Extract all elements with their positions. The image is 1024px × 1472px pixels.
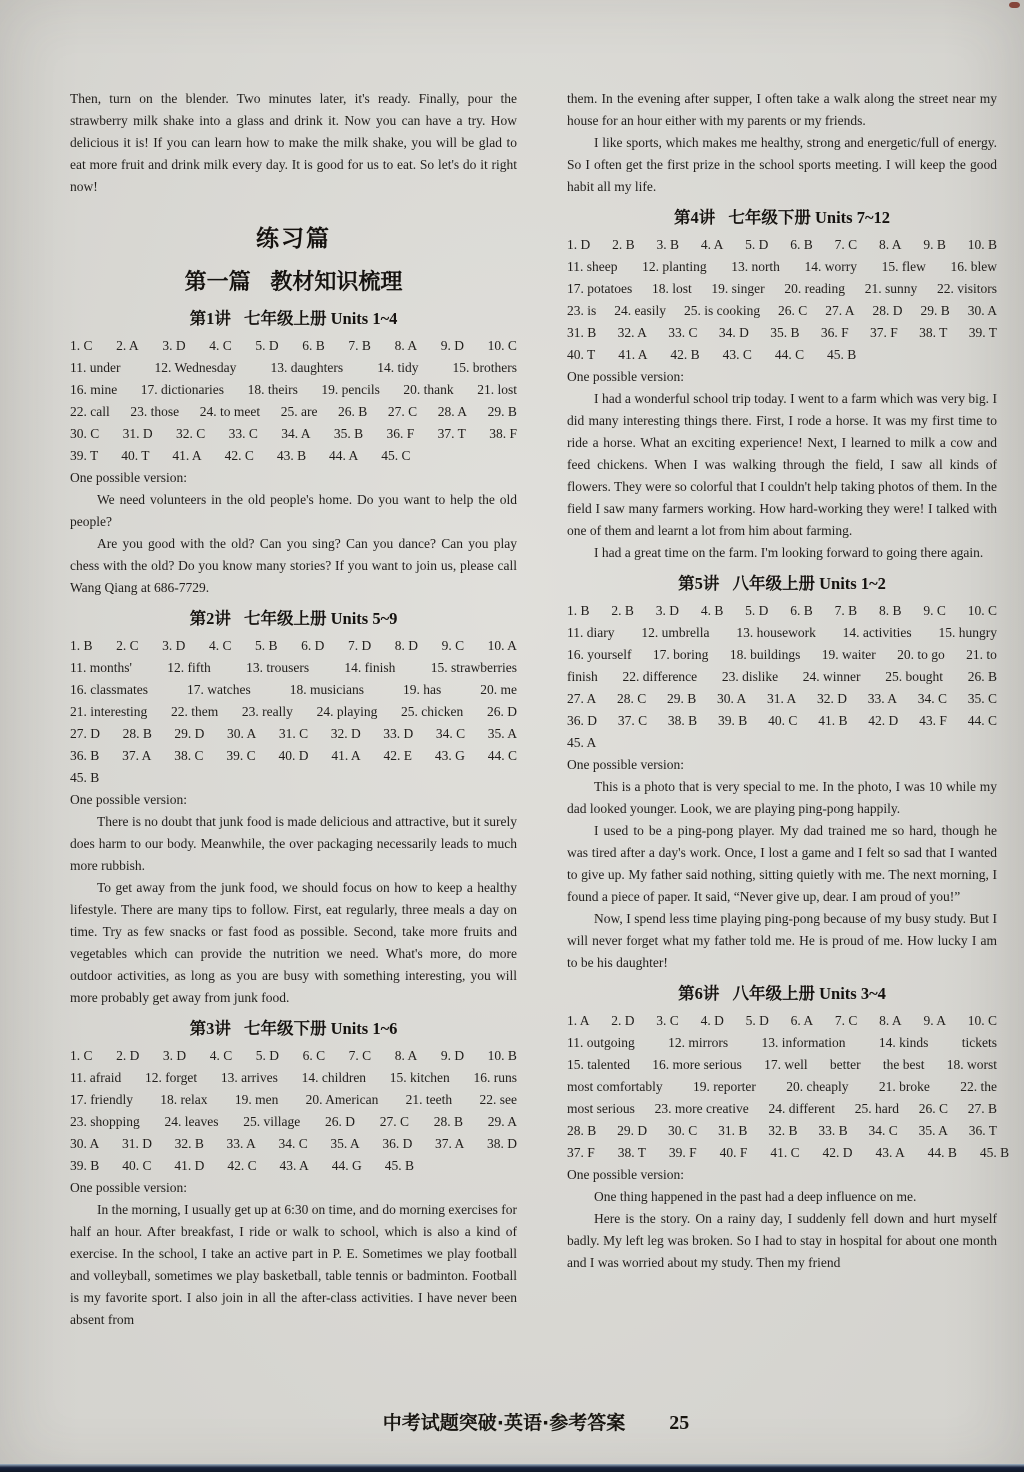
model-essay: I had a wonderful school trip today. I w…	[567, 388, 997, 564]
answer-item: 44. C	[488, 745, 517, 767]
answer-item: 32. B	[768, 1120, 797, 1142]
answer-line: 1. C2. A3. D4. C5. D6. B7. B8. A9. D10. …	[70, 335, 517, 357]
possible-version-label: One possible version:	[567, 1164, 997, 1186]
answer-item: 37. A	[435, 1133, 464, 1155]
answer-item: 27. C	[380, 1111, 409, 1133]
answer-item: 12. mirrors	[668, 1032, 728, 1054]
answer-item: 32. B	[175, 1133, 204, 1155]
answer-item: 28. C	[617, 688, 646, 710]
lecture-number: 第1讲	[190, 309, 231, 328]
answer-item: 28. A	[438, 401, 467, 423]
answer-item: 34. D	[719, 322, 749, 344]
answer-item: 33. A	[227, 1133, 256, 1155]
answer-item: 38. D	[487, 1133, 517, 1155]
lecture-3-title: 第3讲七年级下册 Units 1~6	[70, 1016, 517, 1042]
answer-item: 22. see	[479, 1089, 517, 1111]
answer-item: 25. hard	[855, 1098, 899, 1120]
answer-item: 20. cheaply	[786, 1076, 848, 1098]
answer-item: 45. B	[385, 1155, 414, 1177]
answer-line: most comfortably19. reporter20. cheaply2…	[567, 1076, 997, 1098]
possible-version-label: One possible version:	[70, 1177, 517, 1199]
page-footer: 中考试题突破·英语·参考答案25	[0, 1408, 1024, 1435]
answer-item: 27. A	[567, 688, 596, 710]
model-essay: We need volunteers in the old people's h…	[70, 489, 517, 599]
paragraph: I had a great time on the farm. I'm look…	[567, 542, 997, 564]
answer-item: 33. B	[818, 1120, 847, 1142]
answer-line: 1. D2. B3. B4. A5. D6. B7. C8. A9. B10. …	[567, 234, 997, 256]
answer-item: 9. C	[923, 600, 946, 622]
answer-line: 16. mine17. dictionaries18. theirs19. pe…	[70, 379, 517, 401]
answer-item: 9. C	[442, 635, 465, 657]
answer-item: 6. D	[301, 635, 324, 657]
answer-item: 14. children	[302, 1067, 366, 1089]
answer-item: 39. B	[718, 710, 747, 732]
answer-item: 35. A	[330, 1133, 359, 1155]
answer-item: 19. waiter	[822, 644, 876, 666]
answer-item: 41. C	[770, 1142, 799, 1164]
answer-item: 21. lost	[477, 379, 517, 401]
answer-item: 23. really	[242, 701, 293, 723]
answer-item: 5. D	[255, 335, 278, 357]
answer-item: 17. dictionaries	[141, 379, 224, 401]
paragraph: Now, I spend less time playing ping-pong…	[567, 908, 997, 974]
answer-item: 24. winner	[803, 666, 861, 688]
answer-item: 29. D	[174, 723, 204, 745]
answer-item: 2. B	[612, 234, 635, 256]
answer-item: 33. A	[868, 688, 897, 710]
answer-line: 11. sheep12. planting13. north14. worry1…	[567, 256, 997, 278]
lecture-name: 七年级下册 Units 1~6	[244, 1019, 397, 1038]
answer-item: 22. visitors	[937, 278, 997, 300]
answer-item: 42. D	[868, 710, 898, 732]
answer-item: 6. B	[302, 335, 325, 357]
answer-item: 45. B	[980, 1142, 1009, 1164]
answer-item: 8. A	[395, 1045, 418, 1067]
answer-line: 17. friendly18. relax19. men20. American…	[70, 1089, 517, 1111]
continuation-text: Then, turn on the blender. Two minutes l…	[70, 88, 517, 198]
answer-item: 12. umbrella	[641, 622, 709, 644]
left-column: Then, turn on the blender. Two minutes l…	[70, 88, 517, 1331]
answer-item: 20. American	[306, 1089, 379, 1111]
continuation-text: them. In the evening after supper, I oft…	[567, 88, 997, 198]
answer-item: 7. D	[348, 635, 371, 657]
answer-item: 30. A	[227, 723, 256, 745]
answer-item: 32. A	[618, 322, 647, 344]
answer-item: 10. C	[488, 335, 517, 357]
answer-item: 26. B	[968, 666, 997, 688]
answer-item: 15. kitchen	[390, 1067, 450, 1089]
answer-item: 33. C	[229, 423, 258, 445]
answer-item: 38. B	[668, 710, 697, 732]
page-number: 25	[669, 1412, 689, 1434]
answer-line: 39. T40. T41. A42. C43. B44. A45. C	[70, 445, 517, 467]
answer-item: 3. C	[656, 1010, 679, 1032]
answer-item: 2. C	[116, 635, 139, 657]
answer-item: 4. B	[701, 600, 724, 622]
answer-item: 17. friendly	[70, 1089, 133, 1111]
lecture-3-section: 第3讲七年级下册 Units 1~6 1. C2. D3. D4. C5. D6…	[70, 1016, 517, 1331]
answer-item: 38. F	[489, 423, 517, 445]
answer-item: 43. F	[919, 710, 947, 732]
answer-item: 23. more creative	[655, 1098, 749, 1120]
answer-line: 22. call23. those24. to meet25. are26. B…	[70, 401, 517, 423]
answer-item: 44. A	[329, 445, 358, 467]
answer-item: 21. to	[966, 644, 997, 666]
answer-item: 39. C	[226, 745, 255, 767]
answer-item: 44. G	[332, 1155, 362, 1177]
answer-item: 16. mine	[70, 379, 117, 401]
answer-item: 11. afraid	[70, 1067, 121, 1089]
answer-item: 13. daughters	[270, 357, 343, 379]
answer-item: 22. them	[171, 701, 218, 723]
answer-item: 12. forget	[145, 1067, 197, 1089]
lecture-2-section: 第2讲七年级上册 Units 5~9 1. B2. C3. D4. C5. B6…	[70, 606, 517, 1009]
answer-item: 35. A	[488, 723, 517, 745]
answer-item: 31. B	[718, 1120, 747, 1142]
answer-item: most serious	[567, 1098, 635, 1120]
answer-item: 41. A	[618, 344, 647, 366]
answer-item: 13. housework	[736, 622, 816, 644]
answer-item: 16. blew	[950, 256, 997, 278]
answer-item: the best	[883, 1054, 925, 1076]
lecture-5-title: 第5讲八年级上册 Units 1~2	[567, 571, 997, 597]
answer-item: 14. tidy	[377, 357, 418, 379]
answer-line: 21. interesting22. them23. really24. pla…	[70, 701, 517, 723]
possible-version-label: One possible version:	[567, 754, 997, 776]
answer-item: 36. F	[386, 423, 414, 445]
answer-item: 37. F	[870, 322, 898, 344]
answer-item: 3. D	[162, 335, 185, 357]
answer-item: 6. C	[303, 1045, 326, 1067]
answer-item: 14. finish	[344, 657, 395, 679]
answer-line: 1. B2. B3. D4. B5. D6. B7. B8. B9. C10. …	[567, 600, 997, 622]
lecture-2-title: 第2讲七年级上册 Units 5~9	[70, 606, 517, 632]
answer-item: 40. T	[567, 344, 595, 366]
answer-item: 31. A	[767, 688, 796, 710]
answer-item: 29. D	[617, 1120, 647, 1142]
answer-item: 33. D	[383, 723, 413, 745]
answer-item: 12. Wednesday	[155, 357, 237, 379]
possible-version-label: One possible version:	[567, 366, 997, 388]
lecture-name: 八年级上册 Units 3~4	[733, 984, 886, 1003]
answer-item: 36. B	[70, 745, 99, 767]
answer-item: 19. pencils	[321, 379, 380, 401]
answer-item: 42. C	[225, 445, 254, 467]
answer-item: 31. C	[279, 723, 308, 745]
answer-item: 15. strawberries	[431, 657, 517, 679]
answer-item: 26. C	[919, 1098, 948, 1120]
answer-item: 44. C	[968, 710, 997, 732]
answer-item: 45. B	[70, 767, 99, 789]
answer-item: 17. watches	[187, 679, 251, 701]
answer-item: 11. diary	[567, 622, 615, 644]
answer-item: 37. F	[567, 1142, 595, 1164]
answer-line: 17. potatoes18. lost19. singer20. readin…	[567, 278, 997, 300]
answer-item: 18. worst	[947, 1054, 997, 1076]
answer-item: 30. A	[717, 688, 746, 710]
answer-item: 5. D	[745, 600, 768, 622]
answer-item: 2. D	[116, 1045, 139, 1067]
answer-item: 15. brothers	[452, 357, 517, 379]
answer-line: 36. D37. C38. B39. B40. C41. B42. D43. F…	[567, 710, 997, 732]
answer-item: 18. theirs	[248, 379, 298, 401]
answer-item: 5. D	[746, 1010, 769, 1032]
answer-item: 34. C	[436, 723, 465, 745]
answer-item: 43. B	[277, 445, 306, 467]
answer-item: 25. chicken	[401, 701, 463, 723]
lecture-6-section: 第6讲八年级上册 Units 3~4 1. A2. D3. C4. D5. D6…	[567, 981, 997, 1274]
answer-item: 19. reporter	[693, 1076, 756, 1098]
answer-item: 32. C	[176, 423, 205, 445]
answer-line: 11. afraid12. forget13. arrives14. child…	[70, 1067, 517, 1089]
answer-item: 18. buildings	[730, 644, 801, 666]
lecture-number: 第3讲	[190, 1019, 231, 1038]
answer-item: 1. C	[70, 1045, 93, 1067]
paragraph: There is no doubt that junk food is made…	[70, 811, 517, 877]
answer-item: 32. D	[331, 723, 361, 745]
paragraph: them. In the evening after supper, I oft…	[567, 88, 997, 132]
answer-item: 40. C	[768, 710, 797, 732]
answer-item: 37. C	[618, 710, 647, 732]
answer-item: 33. C	[668, 322, 697, 344]
answer-line: 30. A31. D32. B33. A34. C35. A36. D37. A…	[70, 1133, 517, 1155]
answer-item: 28. D	[873, 300, 903, 322]
section-number: 第一篇	[185, 270, 251, 295]
answer-item: 16. yourself	[567, 644, 632, 666]
lecture-5-section: 第5讲八年级上册 Units 1~2 1. B2. B3. D4. B5. D6…	[567, 571, 997, 974]
answer-item: 26. D	[325, 1111, 355, 1133]
answer-item: 40. T	[121, 445, 149, 467]
lecture-name: 七年级上册 Units 5~9	[244, 609, 397, 628]
answer-item: 40. D	[279, 745, 309, 767]
answer-item: most comfortably	[567, 1076, 663, 1098]
answer-item: 30. A	[70, 1133, 99, 1155]
answer-item: 22. the	[960, 1076, 997, 1098]
paragraph: Are you good with the old? Can you sing?…	[70, 533, 517, 599]
answer-item: better	[830, 1054, 861, 1076]
answer-line: 45. B	[70, 767, 517, 789]
answer-item: 18. relax	[160, 1089, 207, 1111]
answer-line: 15. talented16. more serious17. wellbett…	[567, 1054, 997, 1076]
answer-item: 21. sunny	[865, 278, 918, 300]
answer-item: 1. D	[567, 234, 590, 256]
answer-item: 24. different	[768, 1098, 834, 1120]
possible-version-label: One possible version:	[70, 789, 517, 811]
answer-block: 1. B2. B3. D4. B5. D6. B7. B8. B9. C10. …	[567, 600, 997, 754]
answer-item: 16. classmates	[70, 679, 148, 701]
answer-item: 28. B	[434, 1111, 463, 1133]
answer-item: 2. B	[611, 600, 634, 622]
answer-item: 6. B	[790, 600, 813, 622]
answer-item: 41. D	[174, 1155, 204, 1177]
model-essay: There is no doubt that junk food is made…	[70, 811, 517, 1009]
answer-item: 17. well	[764, 1054, 808, 1076]
answer-line: 11. diary12. umbrella13. housework14. ac…	[567, 622, 997, 644]
answer-line: 27. D28. B29. D30. A31. C32. D33. D34. C…	[70, 723, 517, 745]
answer-item: 41. B	[818, 710, 847, 732]
answer-item: 11. under	[70, 357, 121, 379]
answer-item: 14. activities	[843, 622, 912, 644]
answer-line: 1. B2. C3. D4. C5. B6. D7. D8. D9. C10. …	[70, 635, 517, 657]
answer-item: 24. to meet	[200, 401, 260, 423]
answer-item: 12. planting	[642, 256, 707, 278]
paragraph: Then, turn on the blender. Two minutes l…	[70, 88, 517, 198]
answer-item: 15. hungry	[938, 622, 997, 644]
answer-item: 1. A	[567, 1010, 590, 1032]
answer-item: 30. C	[70, 423, 99, 445]
answer-line: 37. F38. T39. F40. F41. C42. D43. A44. B…	[567, 1142, 997, 1164]
answer-item: 11. months'	[70, 657, 132, 679]
answer-block: 1. A2. D3. C4. D5. D6. A7. C8. A9. A10. …	[567, 1010, 997, 1164]
answer-item: 11. sheep	[567, 256, 618, 278]
answer-item: 37. A	[122, 745, 151, 767]
paragraph: In the morning, I usually get up at 6:30…	[70, 1199, 517, 1331]
answer-item: 36. D	[567, 710, 597, 732]
answer-item: 16. runs	[473, 1067, 517, 1089]
paragraph: I used to be a ping-pong player. My dad …	[567, 820, 997, 908]
answer-item: finish	[567, 666, 598, 688]
answer-line: 30. C31. D32. C33. C34. A35. B36. F37. T…	[70, 423, 517, 445]
answer-item: 12. fifth	[167, 657, 211, 679]
answer-item: 7. B	[348, 335, 371, 357]
answer-item: 40. C	[122, 1155, 151, 1177]
bottom-bar	[0, 1464, 1024, 1472]
answer-item: 13. trousers	[246, 657, 309, 679]
answer-item: 13. arrives	[221, 1067, 278, 1089]
answer-item: 31. D	[122, 1133, 152, 1155]
paragraph: Here is the story. On a rainy day, I sud…	[567, 1208, 997, 1274]
answer-item: 34. C	[918, 688, 947, 710]
answer-item: 8. A	[879, 1010, 902, 1032]
answer-item: 15. talented	[567, 1054, 630, 1076]
answer-item: 10. C	[968, 600, 997, 622]
answer-item: 30. C	[668, 1120, 697, 1142]
answer-item: 10. B	[968, 234, 997, 256]
answer-item: 17. potatoes	[567, 278, 632, 300]
answer-item: 25. village	[243, 1111, 300, 1133]
answer-item: 35. B	[770, 322, 799, 344]
answer-item: 28. B	[123, 723, 152, 745]
answer-line: 16. classmates17. watches18. musicians19…	[70, 679, 517, 701]
lecture-number: 第5讲	[678, 574, 719, 593]
answer-item: 30. A	[968, 300, 997, 322]
answer-item: 20. thank	[403, 379, 453, 401]
answer-item: 7. C	[349, 1045, 372, 1067]
answer-item: 9. A	[923, 1010, 946, 1032]
answer-item: 21. interesting	[70, 701, 147, 723]
answer-item: 7. C	[835, 234, 858, 256]
answer-item: 9. B	[923, 234, 946, 256]
answer-item: 45. A	[567, 732, 596, 754]
answer-line: finish22. difference23. dislike24. winne…	[567, 666, 997, 688]
possible-version-label: One possible version:	[70, 467, 517, 489]
lecture-name: 七年级下册 Units 7~12	[728, 208, 890, 227]
answer-item: 20. me	[480, 679, 517, 701]
model-essay: In the morning, I usually get up at 6:30…	[70, 1199, 517, 1331]
answer-item: 42. C	[227, 1155, 256, 1177]
answer-item: 8. D	[395, 635, 418, 657]
answer-item: 39. T	[969, 322, 997, 344]
answer-item: 4. A	[701, 234, 724, 256]
answer-line: 23. is24. easily25. is cooking26. C27. A…	[567, 300, 997, 322]
answer-item: 45. B	[827, 344, 856, 366]
answer-item: 5. B	[255, 635, 278, 657]
answer-item: 45. C	[381, 445, 410, 467]
answer-item: 23. shopping	[70, 1111, 140, 1133]
section-name: 教材知识梳理	[270, 270, 402, 295]
answer-item: 20. reading	[784, 278, 845, 300]
answer-line: 1. C2. D3. D4. C5. D6. C7. C8. A9. D10. …	[70, 1045, 517, 1067]
answer-block: 1. C2. D3. D4. C5. D6. C7. C8. A9. D10. …	[70, 1045, 517, 1177]
answer-item: 36. D	[382, 1133, 412, 1155]
answer-item: 34. A	[281, 423, 310, 445]
answer-item: 3. D	[162, 635, 185, 657]
answer-item: 14. worry	[805, 256, 858, 278]
answer-item: 13. information	[761, 1032, 845, 1054]
answer-item: 44. B	[928, 1142, 957, 1164]
paragraph: One thing happened in the past had a dee…	[567, 1186, 997, 1208]
answer-item: 6. A	[791, 1010, 814, 1032]
answer-line: 40. T41. A42. B43. C44. C45. B	[567, 344, 997, 366]
answer-item: 26. C	[778, 300, 807, 322]
answer-item: 27. A	[825, 300, 854, 322]
answer-item: 10. A	[488, 635, 517, 657]
right-column: them. In the evening after supper, I oft…	[567, 88, 997, 1331]
answer-item: 4. C	[210, 1045, 233, 1067]
answer-item: 23. those	[130, 401, 179, 423]
answer-item: 18. lost	[652, 278, 692, 300]
answer-item: 35. C	[968, 688, 997, 710]
answer-item: 2. D	[611, 1010, 634, 1032]
footer-title: 中考试题突破·英语·参考答案	[383, 1412, 625, 1434]
answer-item: 22. call	[70, 401, 110, 423]
lecture-number: 第4讲	[674, 208, 715, 227]
lecture-4-title: 第4讲七年级下册 Units 7~12	[567, 205, 997, 231]
answer-item: 31. D	[123, 423, 153, 445]
answer-item: 25. bought	[885, 666, 943, 688]
lecture-1-title: 第1讲七年级上册 Units 1~4	[70, 306, 517, 332]
answer-item: 43. C	[723, 344, 752, 366]
answer-item: 23. is	[567, 300, 596, 322]
answer-item: 21. broke	[879, 1076, 930, 1098]
answer-item: 37. T	[438, 423, 466, 445]
answer-item: 25. is cooking	[684, 300, 760, 322]
answer-line: 16. yourself17. boring18. buildings19. w…	[567, 644, 997, 666]
answer-item: 42. E	[383, 745, 412, 767]
answer-item: 38. T	[919, 322, 947, 344]
answer-item: 44. C	[775, 344, 804, 366]
answer-line: 11. under12. Wednesday13. daughters14. t…	[70, 357, 517, 379]
answer-item: 43. G	[435, 745, 465, 767]
answer-line: 45. A	[567, 732, 997, 754]
answer-item: 1. B	[70, 635, 93, 657]
answer-line: most serious23. more creative24. differe…	[567, 1098, 997, 1120]
answer-item: 39. F	[669, 1142, 697, 1164]
answer-item: 25. are	[281, 401, 318, 423]
paragraph: I had a wonderful school trip today. I w…	[567, 388, 997, 542]
answer-item: 31. B	[567, 322, 596, 344]
lecture-number: 第6讲	[678, 984, 719, 1003]
answer-item: 42. D	[823, 1142, 853, 1164]
answer-item: 20. to go	[897, 644, 945, 666]
two-column-layout: Then, turn on the blender. Two minutes l…	[0, 0, 1024, 1331]
answer-item: 6. B	[790, 234, 813, 256]
answer-item: 9. D	[441, 1045, 464, 1067]
answer-item: 13. north	[731, 256, 780, 278]
lecture-name: 七年级上册 Units 1~4	[244, 309, 397, 328]
answer-line: 39. B40. C41. D42. C43. A44. G45. B	[70, 1155, 517, 1177]
answer-item: 38. T	[618, 1142, 646, 1164]
